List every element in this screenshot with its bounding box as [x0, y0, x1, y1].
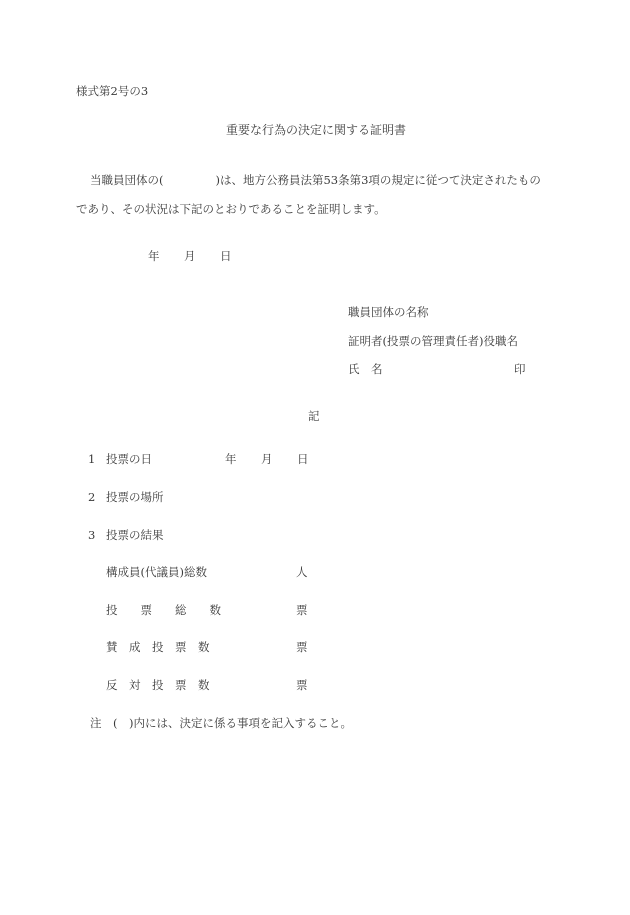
- org-name-label: 職員団体の名称: [348, 307, 429, 319]
- result-total-votes-label: 投 票 総 数: [106, 605, 221, 617]
- body-line-1: 当職員団体の()は、地方公務員法第53条第3項の規定に従つて決定されたもの: [90, 175, 541, 187]
- document-title: 重要な行為の決定に関する証明書: [226, 124, 406, 136]
- body-line-1-prefix: 当職員団体の(: [90, 173, 164, 187]
- body-line-1-suffix: )は、地方公務員法第53条第3項の規定に従つて決定されたもの: [216, 173, 541, 187]
- result-yes-votes-unit: 票: [296, 642, 308, 654]
- result-no-votes-unit: 票: [296, 680, 308, 692]
- certifier-label: 証明者(投票の管理責任者)役職名: [348, 336, 518, 348]
- result-total-members-label: 構成員(代議員)総数: [106, 567, 207, 579]
- name-label: 氏 名: [348, 364, 383, 376]
- issue-date-year: 年: [148, 251, 160, 263]
- form-number: 様式第2号の3: [76, 86, 148, 98]
- item-2-label: 投票の場所: [106, 492, 164, 504]
- item-1-number: 1: [88, 454, 95, 466]
- result-total-members-unit: 人: [296, 567, 308, 579]
- ki-heading: 記: [308, 411, 320, 423]
- item-1-day: 日: [297, 454, 309, 466]
- item-1-label: 投票の日: [106, 454, 152, 466]
- item-1-month: 月: [261, 454, 273, 466]
- issue-date-month: 月: [184, 251, 196, 263]
- item-2-number: 2: [88, 492, 95, 504]
- issue-date-day: 日: [220, 251, 232, 263]
- note-text: ( )内には、決定に係る事項を記入すること。: [113, 718, 352, 730]
- seal-label: 印: [514, 364, 526, 376]
- result-yes-votes-label: 賛 成 投 票 数: [106, 642, 210, 654]
- item-1-year: 年: [225, 454, 237, 466]
- item-3-number: 3: [88, 530, 95, 542]
- result-total-votes-unit: 票: [296, 605, 308, 617]
- item-3-label: 投票の結果: [106, 530, 164, 542]
- result-no-votes-label: 反 対 投 票 数: [106, 680, 210, 692]
- body-line-2: であり、その状況は下記のとおりであることを証明します。: [76, 204, 386, 216]
- note-prefix: 注: [90, 718, 102, 730]
